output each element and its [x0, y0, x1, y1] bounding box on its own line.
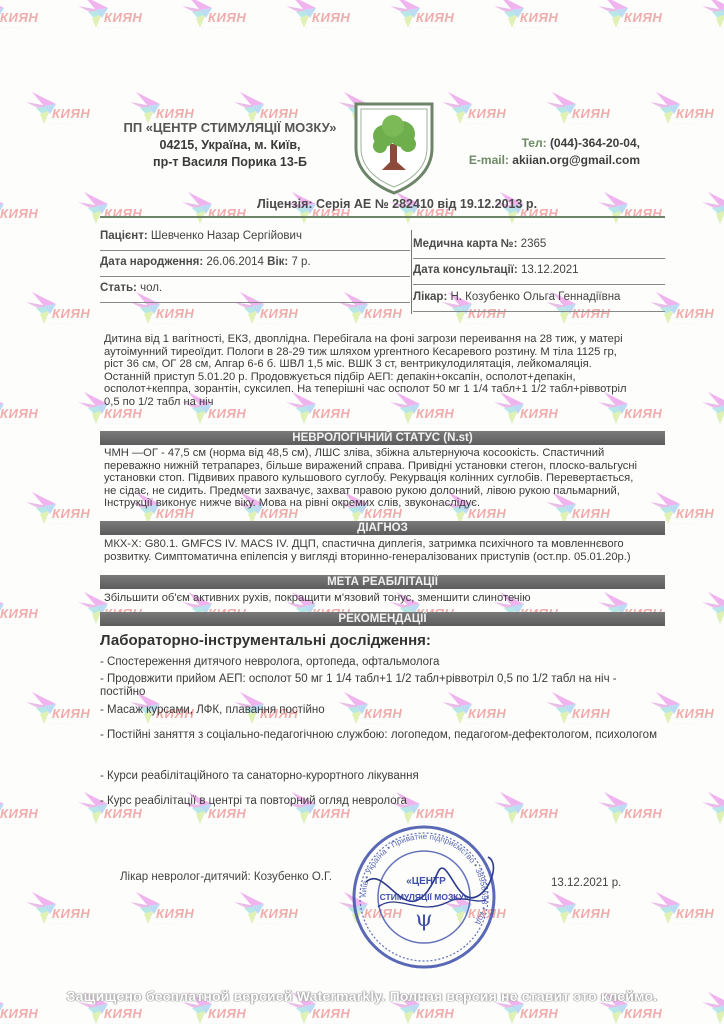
header-divider	[100, 216, 665, 218]
phone-label: Тел:	[522, 136, 547, 150]
svg-text:ψ: ψ	[415, 907, 432, 932]
recommendation-item: - Спостереження дитячого невролога, орто…	[100, 656, 660, 669]
phone-row: Тел: (044)-364-20-04,	[468, 136, 640, 150]
phone-value: (044)-364-20-04,	[550, 136, 640, 150]
age-label: Вік:	[267, 256, 288, 268]
neuro-status-text: ЧМН —ОГ - 47,5 см (норма від 48,5 см), Л…	[104, 447, 664, 510]
neuro-status-line: ЧМН —ОГ - 47,5 см (норма від 48,5 см), Л…	[104, 447, 664, 460]
recommendation-item: - Курс реабілітації в центрі та повторни…	[100, 795, 660, 808]
recommendation-item: - Постійні заняття з соціально-педагогіч…	[100, 729, 660, 742]
sex-value: чол.	[140, 282, 162, 294]
anamnesis-line: осполот+кеппра, зорантін, суксилеп. На т…	[104, 383, 664, 396]
patient-name-label: Пацієнт:	[100, 230, 148, 242]
tree-shield-icon	[352, 100, 436, 196]
neuro-status-line: установки стоп. Підвивих правого кульшов…	[104, 472, 664, 485]
doctor-row: Лікар: Н. Козубенко Ольга Геннадіївна	[413, 291, 665, 312]
anamnesis-text: Дитина від 1 вагітності, ЕКЗ, двоплідна.…	[104, 333, 664, 408]
column-divider	[411, 230, 412, 314]
neuro-status-header: НЕВРОЛОГІЧНИЙ СТАТУС (N.st)	[100, 431, 665, 445]
anamnesis-line: Останній приступ 5.01.20 р. Продовжуєтьс…	[104, 371, 664, 384]
organization-name: ПП «ЦЕНТР СТИМУЛЯЦІЇ МОЗКУ»	[100, 120, 360, 135]
diagnosis-line: розвитку. Симптоматична епілепсія у вигл…	[104, 551, 664, 564]
rehab-goal-text: Збільшити об'єм активних рухів, покращит…	[104, 592, 664, 605]
anamnesis-line: аутоімунний тиреоїдит. Пологи в 28-29 ти…	[104, 346, 664, 359]
address-line-1: 04215, Україна, м. Київ,	[100, 138, 360, 152]
license-line: Ліцензія: Серія АЕ № 282410 від 19.12.20…	[257, 197, 537, 211]
diagnosis-line: МКХ-Х: G80.1. GMFCS IV. MACS IV. ДЦП, сп…	[104, 538, 664, 551]
official-stamp-icon: Київ • Україна • Приватне підприємство •…	[348, 822, 500, 972]
recommendation-item: - Масаж курсами, ЛФК, плавання постійно	[100, 704, 660, 717]
doctor-value: Н. Козубенко Ольга Геннадіївна	[450, 291, 620, 303]
doctor-label: Лікар:	[413, 291, 447, 303]
signature-date: 13.12.2021 р.	[551, 877, 621, 889]
neuro-status-line: не сідає, не сидить. Предмети захвачує, …	[104, 485, 664, 498]
recommendation-item: - Продовжити прийом АЕП: осполот 50 мг 1…	[100, 673, 660, 699]
consultation-date-row: Дата консультації: 13.12.2021	[413, 264, 665, 285]
anamnesis-line: 0,5 по 1/2 табл на ніч	[104, 396, 664, 409]
watermarkly-notice: Защищено бесплатной версией Watermarkly.…	[0, 988, 724, 1004]
sex-label: Стать:	[100, 282, 137, 294]
sex-row: Стать: чол.	[100, 282, 410, 303]
medical-card-row: Медична карта №: 2365	[413, 238, 665, 259]
doctor-signature-line: Лікар невролог-дитячий: Козубенко О.Г.	[120, 871, 332, 883]
patient-name-value: Шевченко Назар Сергійович	[151, 230, 302, 242]
dob-row: Дата народження: 26.06.2014 Вік: 7 р.	[100, 256, 410, 277]
email-label: E-mail:	[469, 153, 509, 167]
medical-card-value: 2365	[521, 238, 547, 250]
organization-header: ПП «ЦЕНТР СТИМУЛЯЦІЇ МОЗКУ» 04215, Украї…	[100, 120, 360, 169]
diagnosis-text: МКХ-Х: G80.1. GMFCS IV. MACS IV. ДЦП, сп…	[104, 538, 664, 563]
medical-card-label: Медична карта №:	[413, 238, 517, 250]
lab-studies-title: Лабораторно-інструментальні дослідження:	[100, 632, 431, 649]
dob-value: 26.06.2014	[206, 256, 264, 268]
svg-text:«ЦЕНТР: «ЦЕНТР	[406, 876, 446, 887]
patient-name-row: Пацієнт: Шевченко Назар Сергійович	[100, 230, 410, 251]
neuro-status-line: переважно нижній тетрапарез, більше вира…	[104, 460, 664, 473]
contact-info: Тел: (044)-364-20-04, E-mail: akiian.org…	[468, 136, 640, 170]
dob-label: Дата народження:	[100, 256, 203, 268]
consultation-date-value: 13.12.2021	[521, 264, 579, 276]
anamnesis-line: Дитина від 1 вагітності, ЕКЗ, двоплідна.…	[104, 333, 664, 346]
recommendation-item: - Курси реабілітаційного та санаторно-ку…	[100, 770, 660, 783]
anamnesis-line: ріст 36 см, ОГ 28 см, Апгар 6-6 б. ШВЛ 1…	[104, 358, 664, 371]
rehab-goal-header: МЕТА РЕАБІЛІТАЦІЇ	[100, 575, 665, 589]
svg-text:СТИМУЛЯЦІЇ МОЗКУ»: СТИМУЛЯЦІЇ МОЗКУ»	[380, 892, 469, 902]
consultation-date-label: Дата консультації:	[413, 264, 518, 276]
address-line-2: пр-т Василя Порика 13-Б	[100, 155, 360, 169]
age-value: 7 р.	[291, 256, 310, 268]
neuro-status-line: Інструкції виконує нижче віку. Мова на р…	[104, 497, 664, 510]
email-row: E-mail: akiian.org@gmail.com	[468, 153, 640, 167]
recommendations-header: РЕКОМЕНДАЦІЇ	[100, 612, 665, 626]
diagnosis-header: ДІАГНОЗ	[100, 521, 665, 535]
email-value[interactable]: akiian.org@gmail.com	[512, 153, 640, 167]
